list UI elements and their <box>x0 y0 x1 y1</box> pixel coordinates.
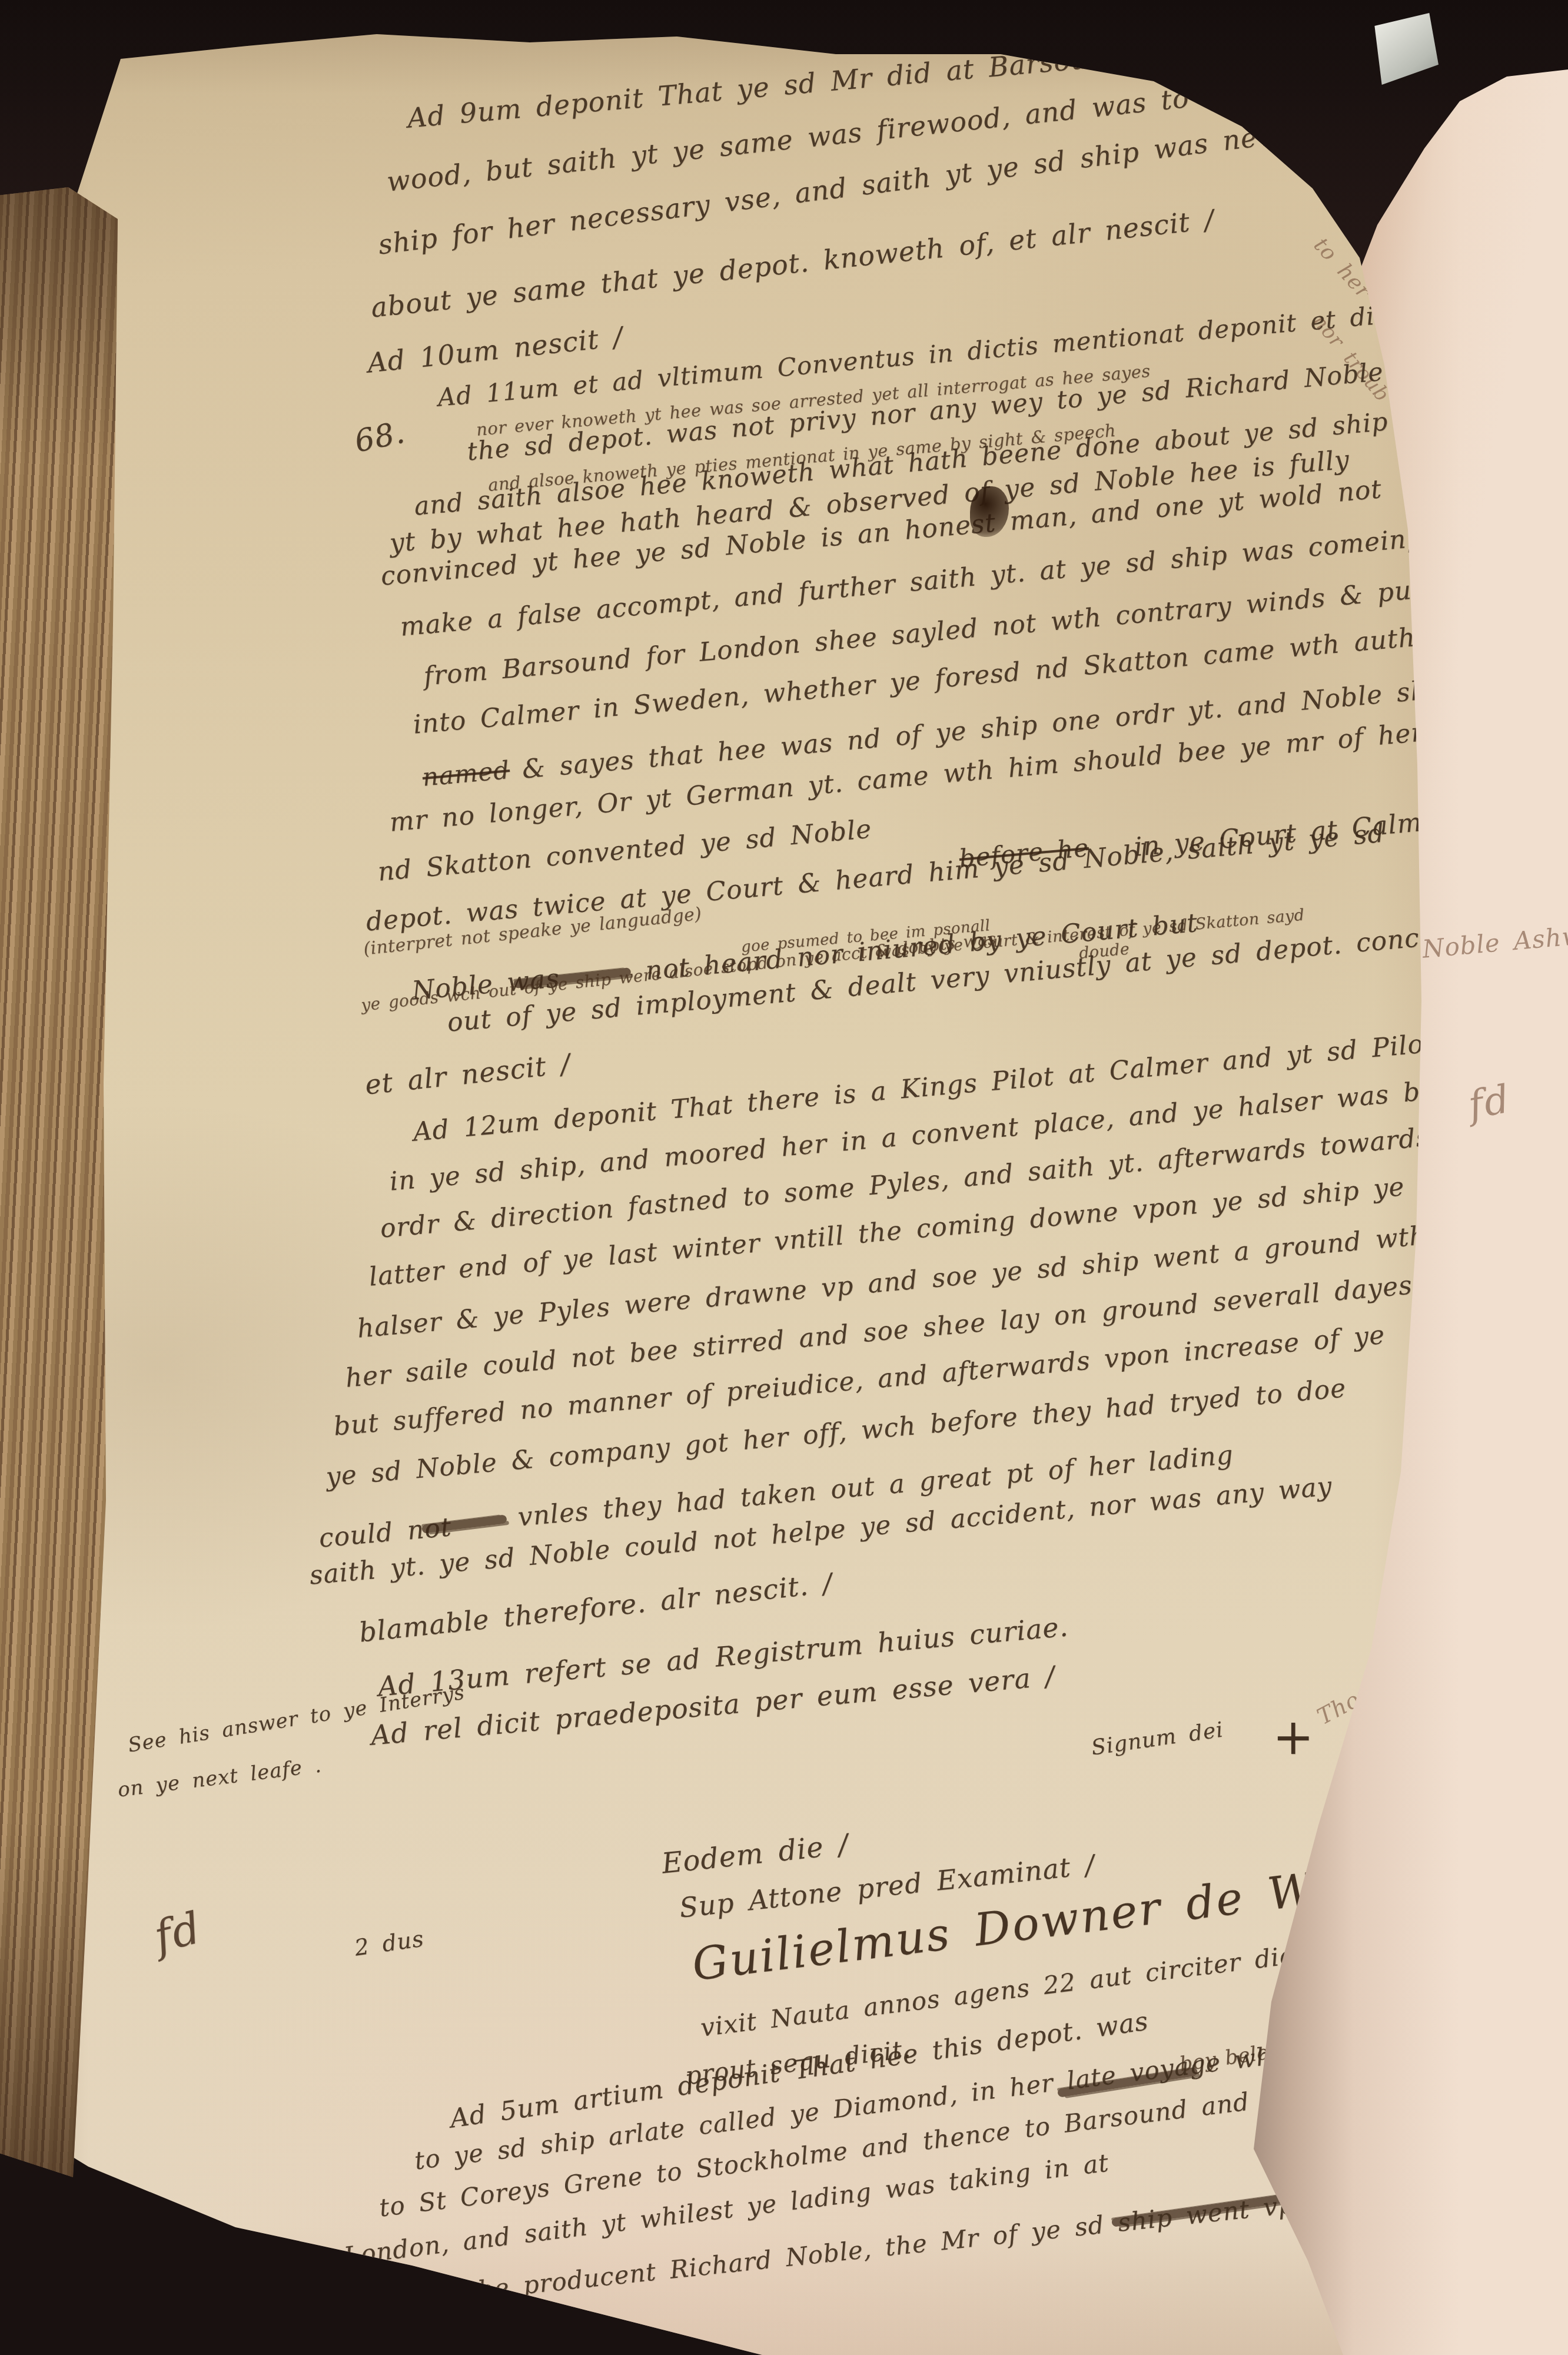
manuscript-photo: Ad 9um deponit That ye sd Mr did at Bars… <box>0 0 1568 2355</box>
